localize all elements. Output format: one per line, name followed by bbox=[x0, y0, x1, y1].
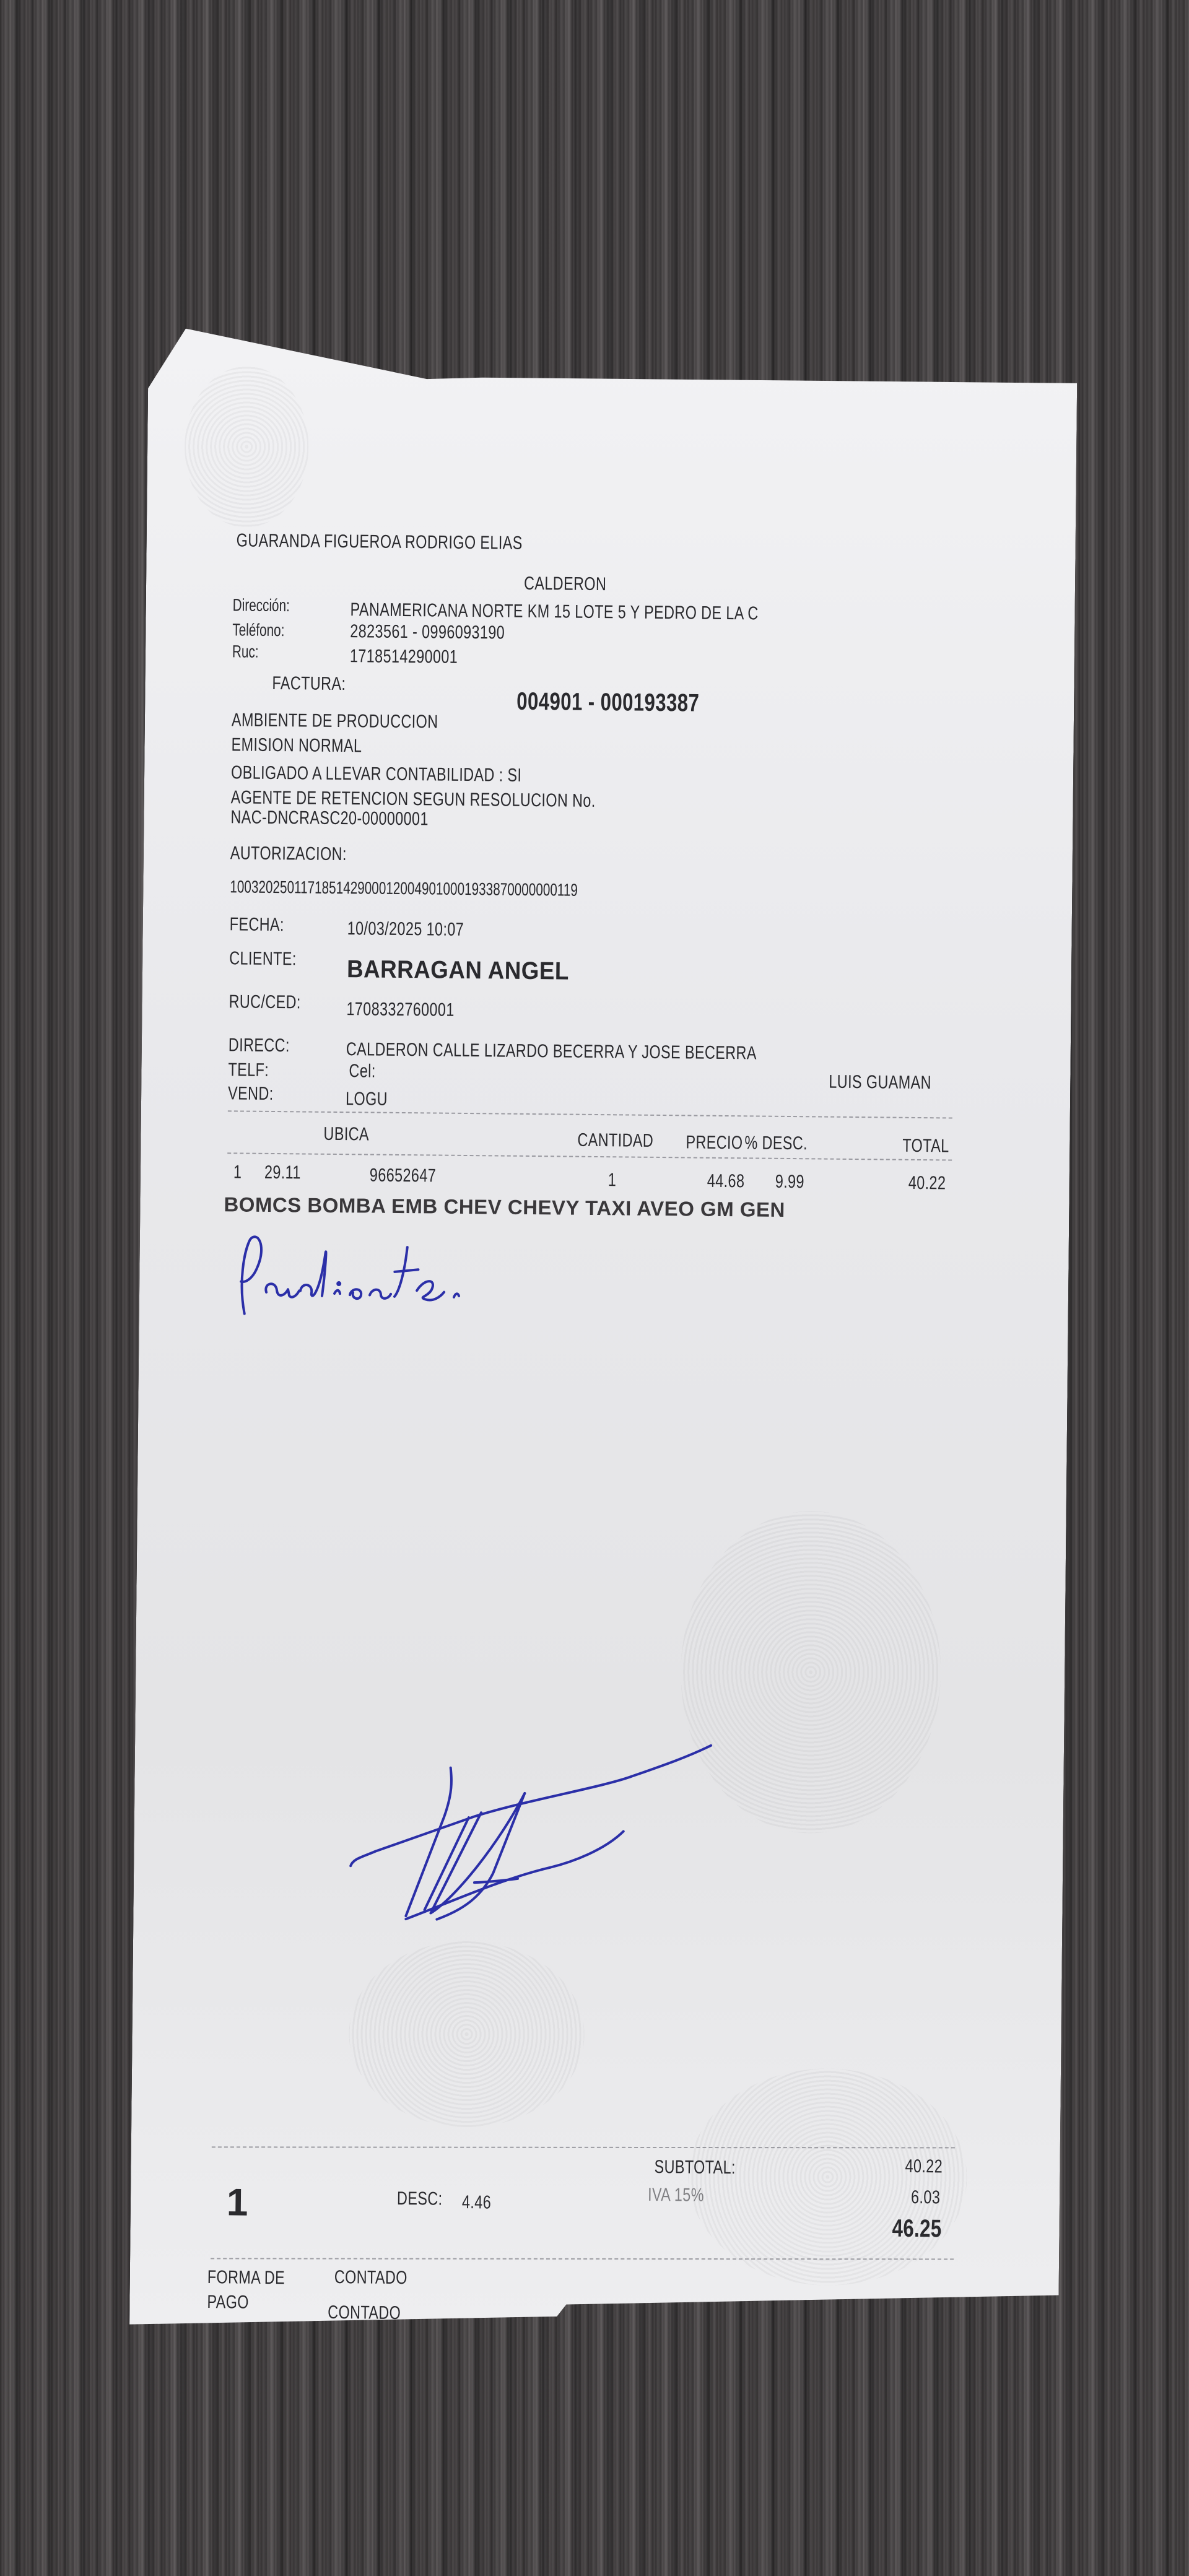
merchant-city: CALDERON bbox=[524, 573, 606, 595]
seller-code: LOGU bbox=[346, 1089, 388, 1110]
row-total: 40.22 bbox=[908, 1173, 946, 1194]
receipt: GUARANDA FIGUEROA RODRIGO ELIAS CALDERON… bbox=[129, 328, 1078, 2343]
client-phone-label: TELF: bbox=[228, 1060, 269, 1081]
payment-method: CONTADO bbox=[334, 2267, 407, 2289]
discount-value: 4.46 bbox=[462, 2192, 491, 2213]
date-label: FECHA: bbox=[230, 914, 284, 936]
payment-method-detail: CONTADO bbox=[328, 2302, 401, 2324]
invoice-number: 004901 - 000193387 bbox=[516, 688, 699, 718]
payment-label-line2: PAGO bbox=[207, 2292, 249, 2313]
merchant-address: PANAMERICANA NORTE KM 15 LOTE 5 Y PEDRO … bbox=[350, 599, 758, 624]
subtotal-value: 40.22 bbox=[905, 2156, 943, 2178]
merchant-address-label: Dirección: bbox=[233, 595, 290, 616]
authorization-number: 1003202501171851429000120049010001933870… bbox=[230, 877, 578, 900]
totals-top-divider bbox=[212, 2146, 955, 2148]
header-location: UBICA bbox=[323, 1124, 369, 1146]
email-label: Email bbox=[214, 2482, 252, 2504]
invoice-environment: AMBIENTE DE PRODUCCION bbox=[232, 710, 438, 733]
merchant-ruc-label: Ruc: bbox=[232, 642, 259, 661]
client-phone: Cel: bbox=[349, 1061, 376, 1082]
header-total: TOTAL bbox=[902, 1136, 949, 1157]
subtotal-label: SUBTOTAL: bbox=[654, 2157, 736, 2178]
received-label: RECIBI CONFORME: bbox=[206, 2400, 351, 2422]
merchant-name: GUARANDA FIGUEROA RODRIGO ELIAS bbox=[237, 530, 523, 554]
fingerprint-smudge bbox=[184, 366, 309, 528]
item-count: 1 bbox=[227, 2180, 248, 2224]
invoice-accounting: OBLIGADO A LLEVAR CONTABILIDAD : SI bbox=[231, 762, 522, 786]
row-quantity: 1 bbox=[608, 1170, 617, 1191]
client-name: BARRAGAN ANGEL bbox=[347, 955, 569, 985]
invoice-label: FACTURA: bbox=[272, 673, 346, 695]
cedula-label: Cedula bbox=[215, 2428, 263, 2450]
tax-label: IVA 15% bbox=[648, 2185, 704, 2206]
client-id: 1708332760001 bbox=[346, 999, 455, 1021]
totals-bottom-divider bbox=[211, 2258, 954, 2260]
client-address-label: DIRECC: bbox=[229, 1035, 290, 1056]
header-discount: % DESC. bbox=[744, 1133, 808, 1154]
discount-label: DESC: bbox=[397, 2188, 443, 2210]
row-price: 44.68 bbox=[707, 1171, 745, 1193]
client-label: CLIENTE: bbox=[229, 948, 297, 970]
payment-label-line1: FORMA DE bbox=[207, 2267, 285, 2289]
merchant-phone: 2823561 - 0996093190 bbox=[350, 621, 505, 643]
invoice-emission: EMISION NORMAL bbox=[231, 734, 362, 757]
tax-value: 6.03 bbox=[911, 2187, 940, 2208]
customer-signature bbox=[338, 1742, 736, 1944]
header-price: PRECIO bbox=[686, 1132, 743, 1154]
row-location: 29.11 bbox=[264, 1162, 301, 1184]
row-code: 96652647 bbox=[370, 1165, 437, 1186]
name-value: BARRAGAN ANGEL bbox=[274, 2447, 416, 2469]
policy-note: En partes eléctricas no se aceptan cambi… bbox=[206, 2375, 548, 2400]
row-line-number: 1 bbox=[233, 1162, 242, 1183]
name-label: Nombre bbox=[215, 2450, 268, 2471]
merchant-phone-label: Teléfono: bbox=[232, 620, 284, 640]
grand-total: 46.25 bbox=[892, 2215, 941, 2243]
payment-cash: EF: 46.25, bbox=[328, 2327, 397, 2349]
authorization-label: AUTORIZACION: bbox=[230, 843, 347, 865]
table-row: 1 29.11 96652647 1 44.68 9.99 40.22 BOMC… bbox=[149, 328, 1078, 337]
row-description: BOMCS BOMBA EMB CHEV CHEVY TAXI AVEO GM … bbox=[224, 1193, 785, 1222]
handwritten-pending-note bbox=[232, 1233, 555, 1329]
client-id-label: RUC/CED: bbox=[229, 991, 301, 1013]
table-header-divider bbox=[227, 1152, 952, 1160]
email-value: mauriciofc11@hotmail.com bbox=[273, 2483, 467, 2506]
header-quantity: CANTIDAD bbox=[577, 1130, 653, 1152]
cedula-value: 1708332760001 bbox=[274, 2422, 382, 2445]
fingerprint-smudge bbox=[348, 1940, 585, 2128]
table-top-divider bbox=[228, 1110, 952, 1118]
row-discount: 9.99 bbox=[775, 1172, 804, 1193]
attendant-name: LUIS GUAMAN bbox=[829, 1072, 931, 1094]
invoice-withholding-line2: NAC-DNCRASC20-00000001 bbox=[230, 807, 429, 830]
merchant-ruc: 1718514290001 bbox=[350, 646, 458, 668]
received-signature-line bbox=[339, 2418, 457, 2421]
seller-label: VEND: bbox=[228, 1083, 274, 1105]
invoice-date: 10/03/2025 10:07 bbox=[347, 918, 464, 941]
client-address: CALDERON CALLE LIZARDO BECERRA Y JOSE BE… bbox=[346, 1039, 757, 1064]
